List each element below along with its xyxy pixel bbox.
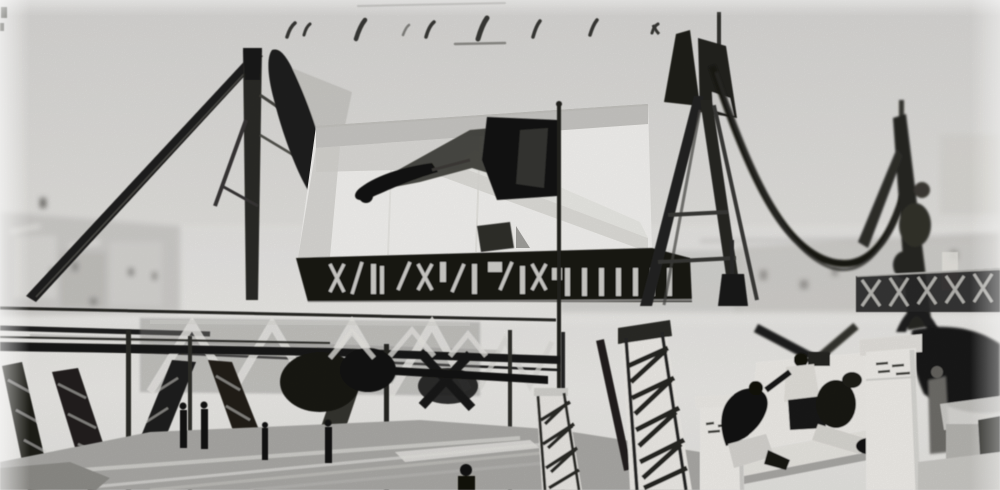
photo-finish [0,0,1000,490]
photo-viewport: Black-and-white historical photograph of… [0,0,1000,490]
historical-photo: Black-and-white historical photograph of… [0,0,1000,490]
